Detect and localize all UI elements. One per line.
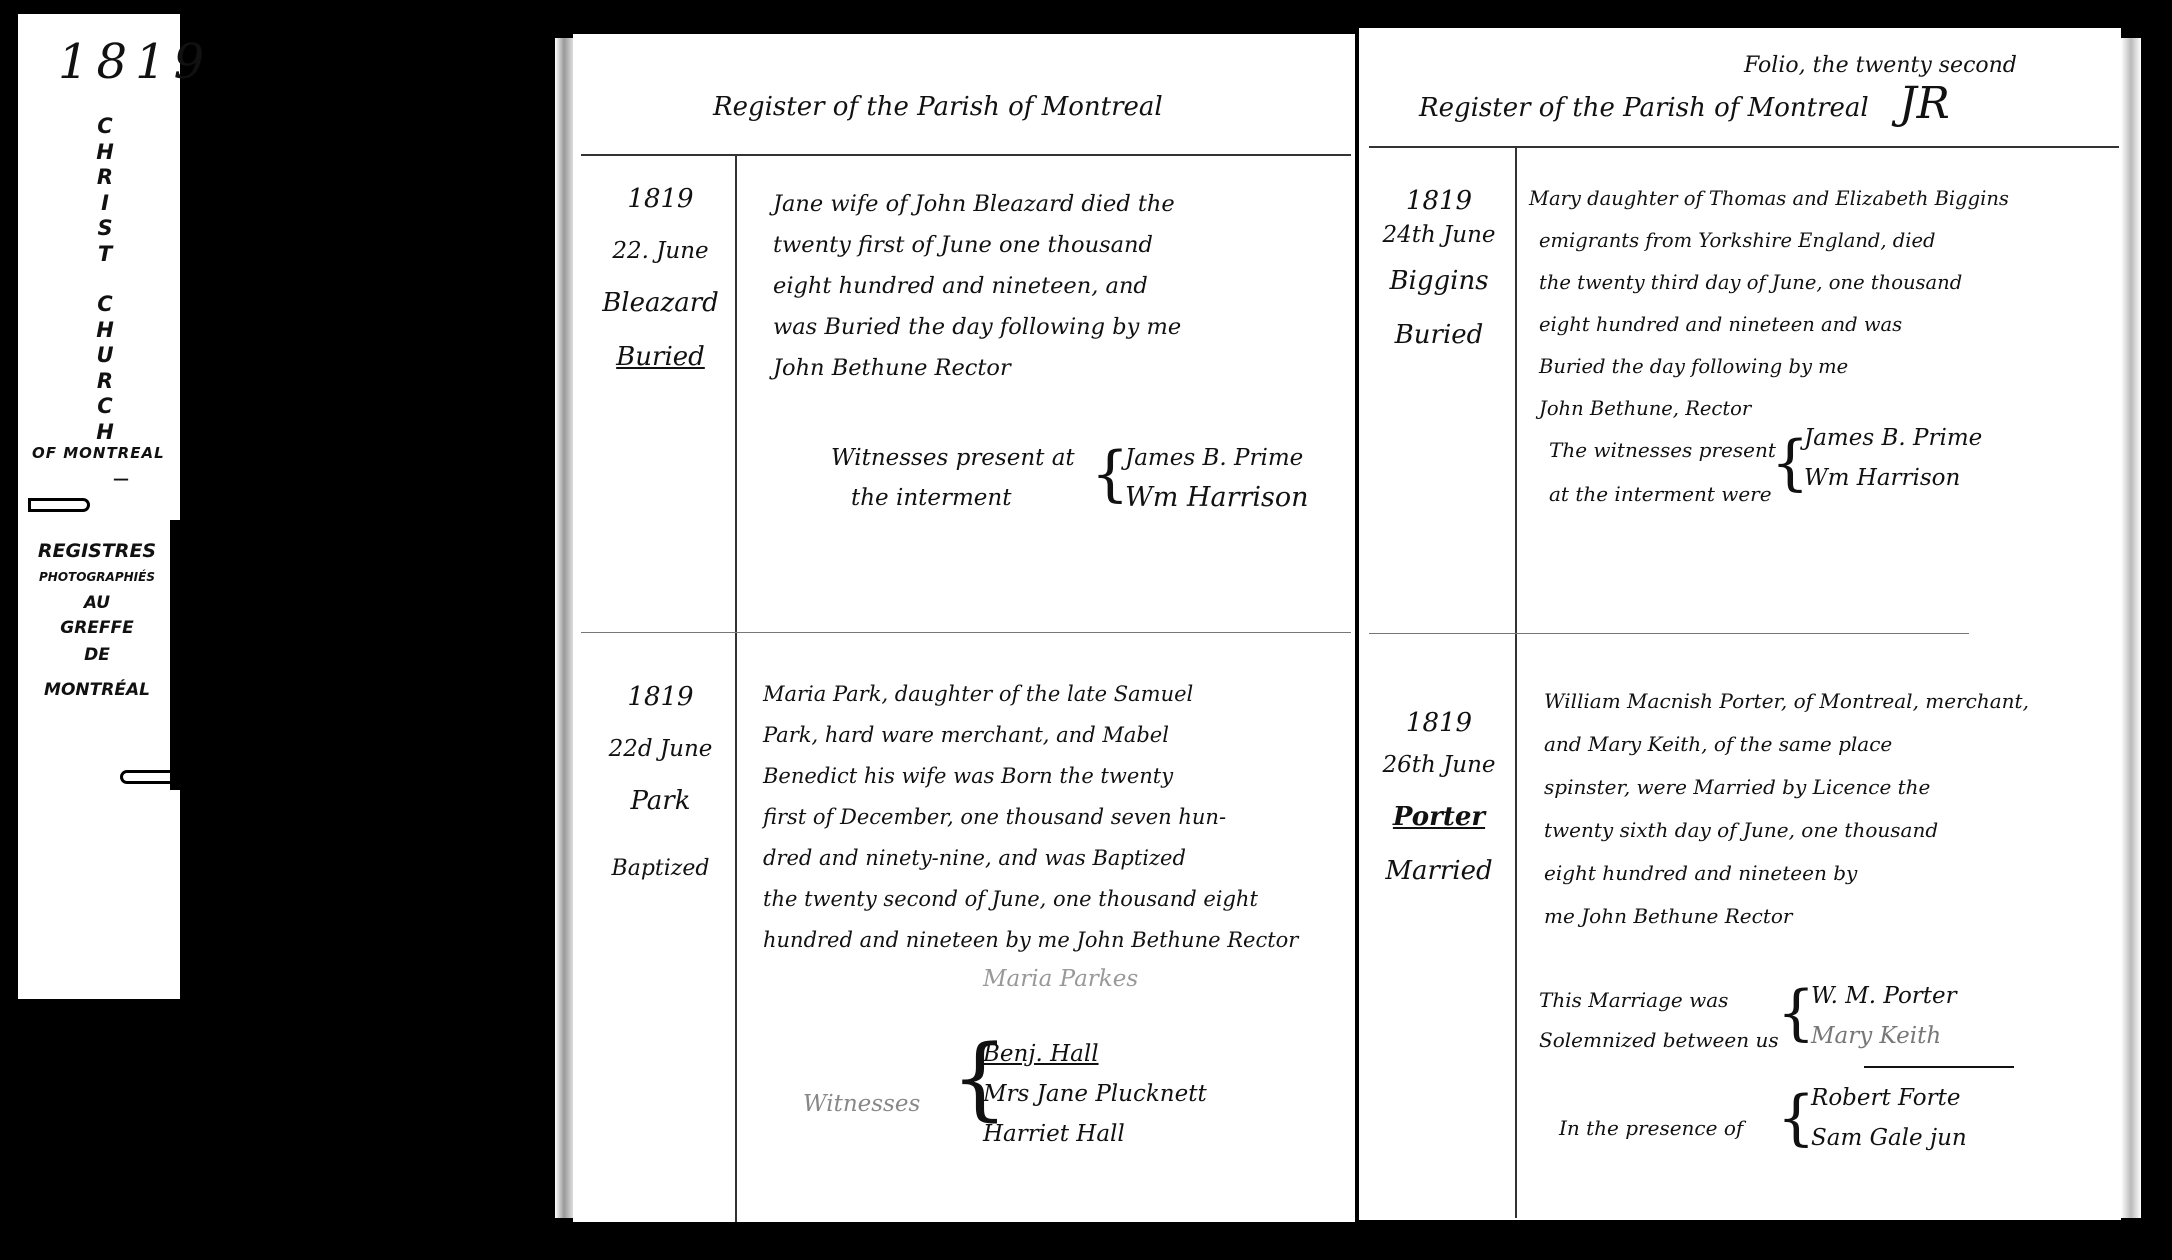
entry-divider [1369,633,1969,634]
witness-names-biggins: James B. Prime Wm Harrison [1804,418,1982,498]
right-page-title: Register of the Parish of Montreal [1419,93,1869,123]
witness-names-bleazard: James B. Prime Wm Harrison [1125,438,1309,518]
brace-icon: { [1777,983,1815,1043]
header-rule [1369,146,2119,148]
right-page: Folio, the twenty second JR Register of … [1359,28,2121,1220]
entry-divider [581,632,1351,633]
rector-initials: JR [1899,78,1950,129]
margin-column-divider [735,154,737,1222]
witness-names-park: Benj. Hall Mrs Jane Plucknett Harriet Ha… [983,1034,1207,1154]
entry-margin-porter: 1819 26th June Porter Married [1369,708,1509,910]
entry-margin-biggins: 1819 24th June Biggins Buried [1369,186,1509,374]
entry-text-park: Maria Park, daughter of the late Samuel … [763,674,1298,961]
subject-signature-park: Maria Parkes [983,959,1138,999]
strip-year: 1819 [58,34,212,90]
witness-label-biggins: The witnesses present at the interment w… [1549,428,1776,516]
page-stack-edge [2121,38,2144,1218]
paper-clip-top [28,498,90,512]
entry-text-biggins: Mary daughter of Thomas and Elizabeth Bi… [1529,178,2009,430]
register-book: Register of the Parish of Montreal 1819 … [555,28,2155,1228]
margin-column-divider [1515,146,1517,1218]
signature-rule [1864,1066,2014,1068]
witness-names-porter: Robert Forte Sam Gale jun [1811,1078,1967,1158]
archive-stamp: REGISTRES PHOTOGRAPHIÉS AU GREFFE DE MON… [24,520,180,790]
presence-label: In the presence of [1559,1108,1743,1148]
brace-icon: { [1777,1088,1815,1148]
paper-clip-bottom [120,770,182,784]
entry-text-bleazard: Jane wife of John Bleazard died the twen… [773,184,1181,389]
strip-vertical-text: C H R I S T C H U R C H [90,114,120,445]
witness-label-bleazard: Witnesses present at the interment [831,438,1075,518]
entry-margin-bleazard: 1819 22. June Bleazard Buried [593,184,728,396]
strip-dash: — [113,469,129,488]
header-rule [581,154,1351,156]
book-binding [555,38,573,1218]
left-page-title: Register of the Parish of Montreal [713,92,1163,122]
folio-note: Folio, the twenty second [1744,53,2017,78]
left-page: Register of the Parish of Montreal 1819 … [573,34,1357,1222]
entry-text-porter: William Macnish Porter, of Montreal, mer… [1544,680,2029,938]
strip-of-montreal: OF MONTREAL [32,444,165,462]
entry-margin-park: 1819 22d June Park Baptized [593,682,728,905]
witness-label-park: Witnesses [803,1084,920,1124]
solemnized-label: This Marriage was Solemnized between us [1539,980,1779,1060]
couple-signatures: W. M. Porter Mary Keith [1811,976,1957,1056]
brace-icon: { [1091,444,1129,504]
